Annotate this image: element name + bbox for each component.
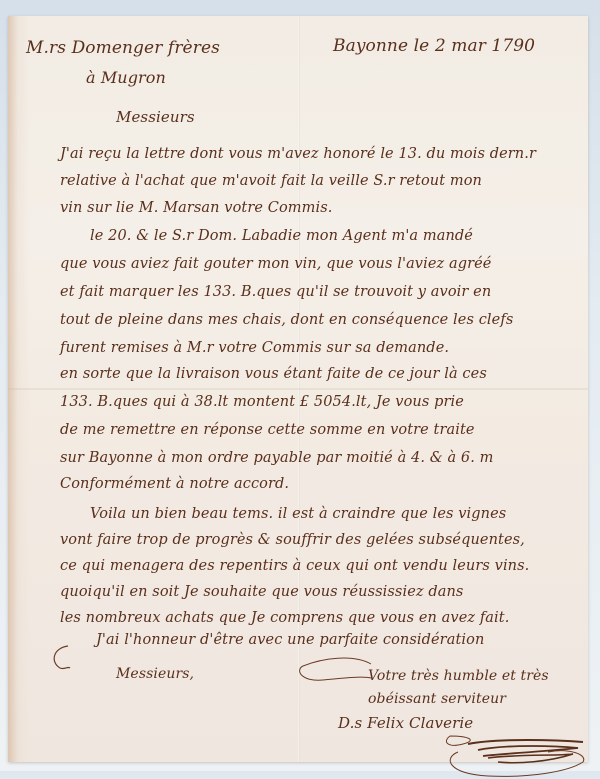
body-line: tout de pleine dans mes chais, dont en c…: [60, 312, 513, 328]
body-line: 133. B.ques qui à 38.lt montent £ 5054.l…: [60, 394, 464, 410]
body-line: Conformément à notre accord.: [60, 476, 289, 492]
letter-paper: M.rs Domenger frères à Mugron Bayonne le…: [8, 16, 588, 762]
body-line: et fait marquer les 133. B.ques qu'il se…: [60, 284, 491, 300]
body-line: en sorte que la livraison vous étant fai…: [60, 366, 487, 382]
signature-name: D.s Felix Claverie: [338, 714, 473, 732]
closing-line: J'ai l'honneur d'être avec une parfaite …: [96, 632, 484, 648]
body-line: ce qui menagera des repentirs à ceux qui…: [60, 558, 529, 574]
signature-flourish-icon: [293, 656, 373, 686]
salutation: Messieurs: [116, 108, 195, 126]
body-line: de me remettre en réponse cette somme en…: [60, 422, 475, 438]
paraph-flourish-icon: [438, 734, 588, 771]
body-line: sur Bayonne à mon ordre payable par moit…: [60, 450, 494, 466]
addressee: M.rs Domenger frères: [26, 38, 220, 58]
body-line: les nombreux achats que Je comprens que …: [60, 610, 509, 626]
body-line: furent remises à M.r votre Commis sur sa…: [60, 340, 449, 356]
bracket-flourish-icon: [48, 644, 78, 674]
addressee-place: à Mugron: [86, 68, 166, 87]
body-line: le 20. & le S.r Dom. Labadie mon Agent m…: [90, 228, 473, 244]
signature-line-1: Votre très humble et très: [368, 668, 549, 684]
body-line: vin sur lie M. Marsan votre Commis.: [60, 200, 332, 216]
closing-salutation: Messieurs,: [116, 666, 194, 682]
body-line: quoiqu'il en soit Je souhaite que vous r…: [60, 584, 463, 600]
body-line: relative à l'achat que m'avoit fait la v…: [60, 173, 482, 189]
body-line: Voila un bien beau tems. il est à craind…: [90, 506, 506, 522]
signature-line-2: obéissant serviteur: [368, 691, 506, 707]
body-line: que vous aviez fait gouter mon vin, que …: [60, 256, 492, 272]
place-and-date: Bayonne le 2 mar 1790: [333, 36, 535, 56]
body-line: vont faire trop de progrès & souffrir de…: [60, 532, 525, 548]
body-line: J'ai reçu la lettre dont vous m'avez hon…: [60, 146, 536, 162]
horizontal-fold-line: [8, 388, 588, 390]
